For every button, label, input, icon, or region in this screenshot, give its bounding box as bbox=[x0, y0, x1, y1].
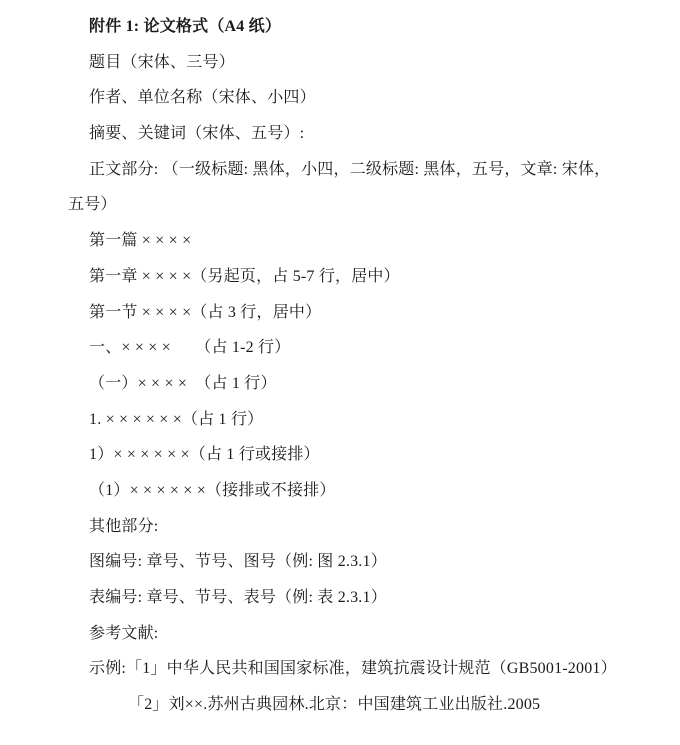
doc-line-reference-example-1: 示例:「1」中华人民共和国国家标准，建筑抗震设计规范（GB5001-2001） bbox=[68, 651, 644, 687]
doc-line-reference-example-2: 「2」刘××.苏州古典园林.北京：中国建筑工业出版社.2005 bbox=[68, 687, 644, 723]
doc-line-part: 第一篇 × × × × bbox=[68, 223, 644, 259]
attachment-title: 附件 1: 论文格式（A4 纸） bbox=[68, 9, 644, 45]
doc-line-author-format: 作者、单位名称（宋体、小四） bbox=[68, 80, 644, 116]
doc-line-other-parts: 其他部分: bbox=[68, 509, 644, 545]
doc-line-references: 参考文献: bbox=[68, 616, 644, 652]
doc-line-heading-level-1: 一、× × × × （占 1-2 行） bbox=[68, 330, 644, 366]
doc-line-chapter: 第一章 × × × ×（另起页，占 5-7 行，居中） bbox=[68, 259, 644, 295]
doc-line-heading-level-5: （1）× × × × × ×（接排或不接排） bbox=[68, 473, 644, 509]
doc-line-title-format: 题目（宋体、三号） bbox=[68, 45, 644, 81]
doc-line-body-format: 正文部分: （一级标题: 黑体，小四，二级标题: 黑体，五号，文章: 宋体， bbox=[68, 152, 644, 188]
doc-line-heading-level-2: （一）× × × × （占 1 行） bbox=[68, 366, 644, 402]
doc-line-table-numbering: 表编号: 章号、节号、表号（例: 表 2.3.1） bbox=[68, 580, 644, 616]
doc-line-abstract-format: 摘要、关键词（宋体、五号）: bbox=[68, 116, 644, 152]
doc-line-body-format-continued: 五号） bbox=[68, 187, 644, 223]
doc-line-heading-level-4: 1）× × × × × ×（占 1 行或接排） bbox=[68, 437, 644, 473]
document-page: 附件 1: 论文格式（A4 纸） 题目（宋体、三号） 作者、单位名称（宋体、小四… bbox=[0, 0, 680, 745]
doc-line-heading-level-3: 1. × × × × × ×（占 1 行） bbox=[68, 402, 644, 438]
doc-line-section: 第一节 × × × ×（占 3 行，居中） bbox=[68, 295, 644, 331]
doc-line-figure-numbering: 图编号: 章号、节号、图号（例: 图 2.3.1） bbox=[68, 544, 644, 580]
